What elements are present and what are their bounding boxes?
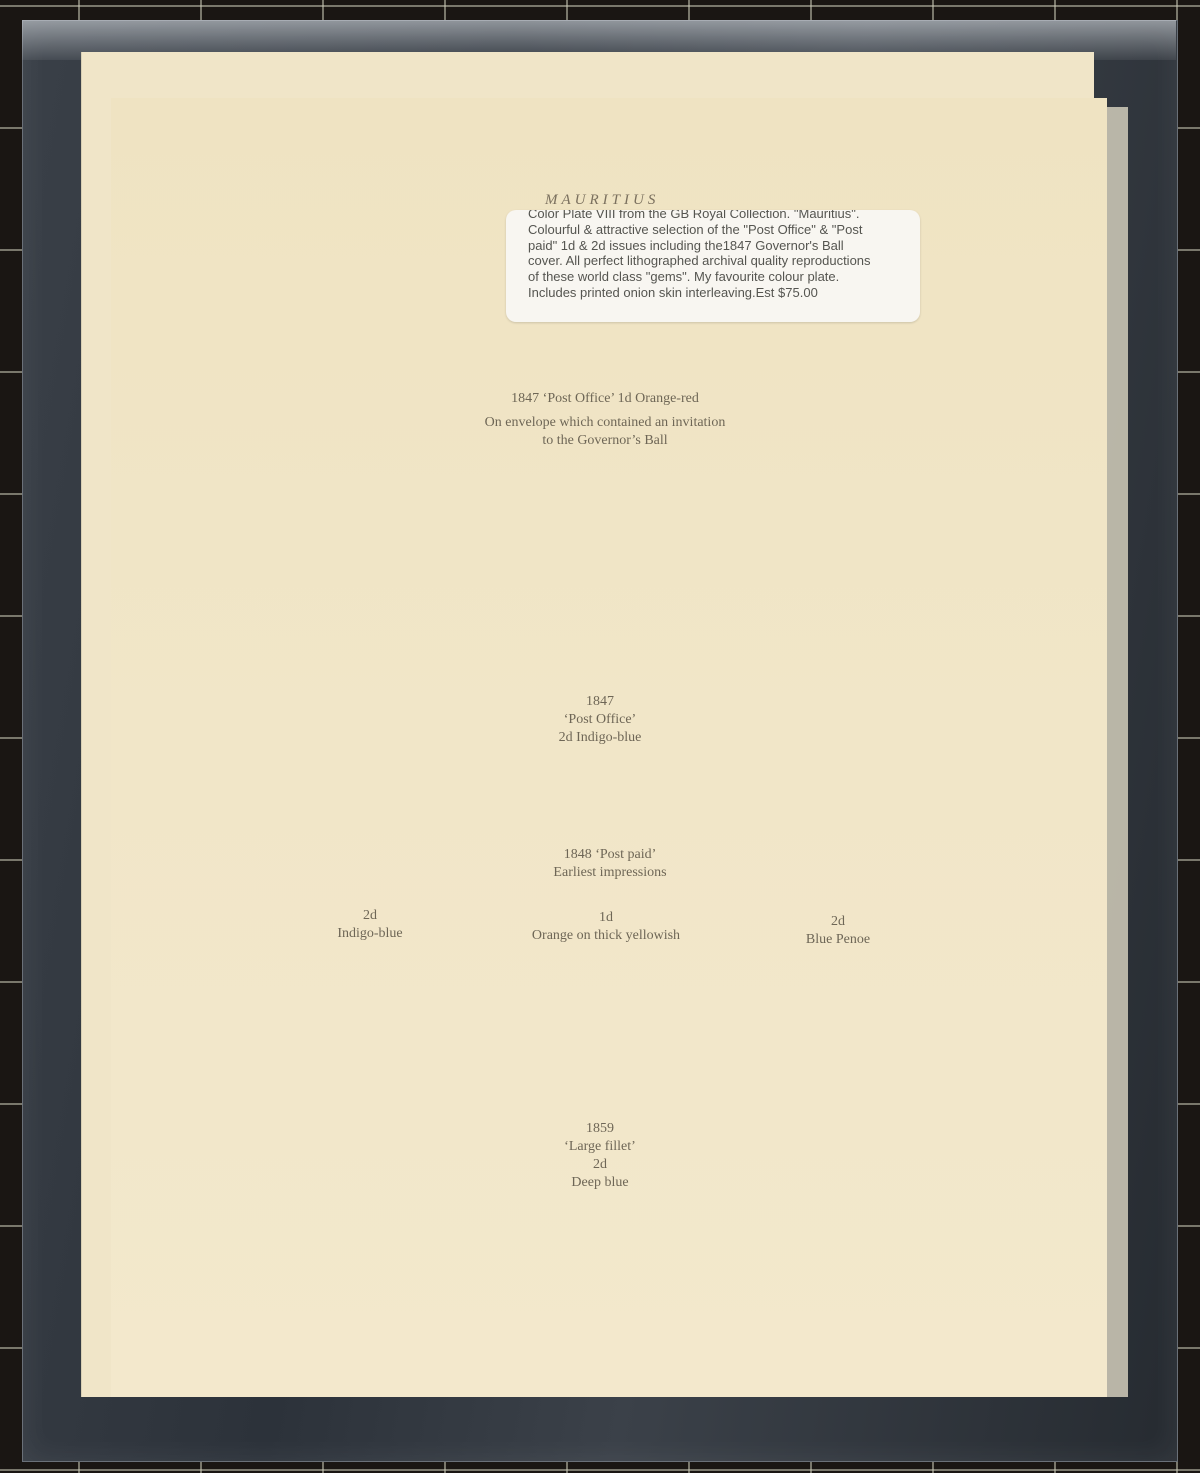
caption-2d-blue-penoe: 2d Blue Penoe xyxy=(778,913,898,949)
label-line: paid" 1d & 2d issues including the1847 G… xyxy=(528,238,920,254)
label-line: Color Plate VIII from the GB Royal Colle… xyxy=(528,210,920,222)
caption-line: 1d xyxy=(506,909,706,927)
label-line: of these world class "gems". My favourit… xyxy=(528,269,920,285)
caption-line: 2d xyxy=(310,907,430,925)
caption-line: ‘Large fillet’ xyxy=(540,1138,660,1156)
caption-2d-indigo-blue: 2d Indigo-blue xyxy=(310,907,430,943)
caption-1848-post-paid: 1848 ‘Post paid’ Earliest impressions xyxy=(520,846,700,882)
caption-line: 1847 xyxy=(520,693,680,711)
caption-line: Indigo-blue xyxy=(310,925,430,943)
caption-line: 1848 ‘Post paid’ xyxy=(520,846,700,864)
caption-line: Orange on thick yellowish xyxy=(506,927,706,945)
caption-line: to the Governor’s Ball xyxy=(440,432,770,450)
label-line: cover. All perfect lithographed archival… xyxy=(528,253,920,269)
caption-line: On envelope which contained an invitatio… xyxy=(440,414,770,432)
description-label: Color Plate VIII from the GB Royal Colle… xyxy=(506,210,920,322)
caption-line: 2d xyxy=(540,1156,660,1174)
label-text: Color Plate VIII from the GB Royal Colle… xyxy=(528,210,920,301)
caption-line: ‘Post Office’ xyxy=(520,711,680,729)
caption-1d-orange: 1d Orange on thick yellowish xyxy=(506,909,706,945)
plate-title: MAURITIUS xyxy=(545,192,659,209)
label-line: Includes printed onion skin interleaving… xyxy=(528,285,920,301)
caption-1859-large-fillet: 1859 ‘Large fillet’ 2d Deep blue xyxy=(540,1120,660,1192)
caption-line: 2d Indigo-blue xyxy=(520,729,680,747)
caption-line: 1859 xyxy=(540,1120,660,1138)
caption-line: Earliest impressions xyxy=(520,864,700,882)
caption-1847-post-office-2d: 1847 ‘Post Office’ 2d Indigo-blue xyxy=(520,693,680,747)
caption-line: Blue Penoe xyxy=(778,931,898,949)
caption-line: 1847 ‘Post Office’ 1d Orange-red xyxy=(440,390,770,408)
caption-1847-post-office-1d: 1847 ‘Post Office’ 1d Orange-red On enve… xyxy=(440,390,770,450)
caption-line: 2d xyxy=(778,913,898,931)
label-line: Colourful & attractive selection of the … xyxy=(528,222,920,238)
caption-line: Deep blue xyxy=(540,1174,660,1192)
